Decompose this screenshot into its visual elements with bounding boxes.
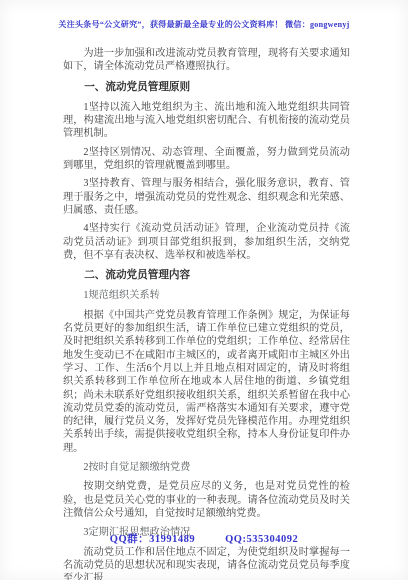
section-1-heading: 一、流动党员管理原则: [63, 81, 350, 94]
principle-item-4: 4坚持实行《流动党员活动证》管理，企业流动党员持《流动党员活动证》到项目部党组织…: [63, 222, 350, 262]
subsection-2-title: 2按时自觉足额缴纳党费: [63, 461, 350, 474]
subsection-3-body: 流动党员工作和居住地点不固定，为使党组织及时掌握每一名流动党员的思想状况和现实表…: [63, 546, 350, 580]
qq-group-label: QQ群：: [110, 534, 149, 545]
qq-number: 535304092: [246, 534, 298, 545]
principle-item-3: 3坚持教育、管理与服务相结合，强化服务意识，教育、管理于服务之中，增强流动党员的…: [63, 177, 350, 217]
principle-item-1: 1坚持以流入地党组织为主、流出地和流入地党组织共同管理，构建流出地与流入地党组织…: [63, 101, 350, 141]
promo-header-notice: 关注头条号“公文研究”，获得最新最全最专业的公文资料库！ 微信：gongweny…: [0, 19, 408, 30]
qq-group-number: 31991489: [149, 534, 195, 545]
intro-paragraph: 为进一步加强和改进流动党员教育管理，现将有关要求通知如下，请全体流动党员严格遵照…: [63, 47, 350, 74]
subsection-2-body: 按期交纳党费，是党员应尽的义务，也是对党员党性的检验，也是党员关心党的事业的一种…: [63, 480, 350, 520]
qq-contact: QQ:535304092: [225, 534, 298, 545]
subsection-1-body: 根据《中国共产党党员教育管理工作条例》规定，为保证每名党员更好的参加组织生活，请…: [63, 309, 350, 455]
document-body: 为进一步加强和改进流动党员教育管理，现将有关要求通知如下，请全体流动党员严格遵照…: [63, 47, 350, 580]
section-2-heading: 二、流动党员管理内容: [63, 269, 350, 282]
subsection-1-title: 1规范组织关系转: [63, 289, 350, 302]
qq-label: QQ:: [225, 534, 246, 545]
document-page: 关注头条号“公文研究”，获得最新最全最专业的公文资料库！ 微信：gongweny…: [0, 0, 408, 580]
qq-group-contact: QQ群：31991489: [110, 534, 195, 545]
footer-contacts: QQ群：31991489QQ:535304092: [0, 531, 408, 546]
principle-item-2: 2坚持区别情况、动态管理、全面覆盖，努力做到党员流动到哪里，党组织的管理就覆盖到…: [63, 146, 350, 173]
